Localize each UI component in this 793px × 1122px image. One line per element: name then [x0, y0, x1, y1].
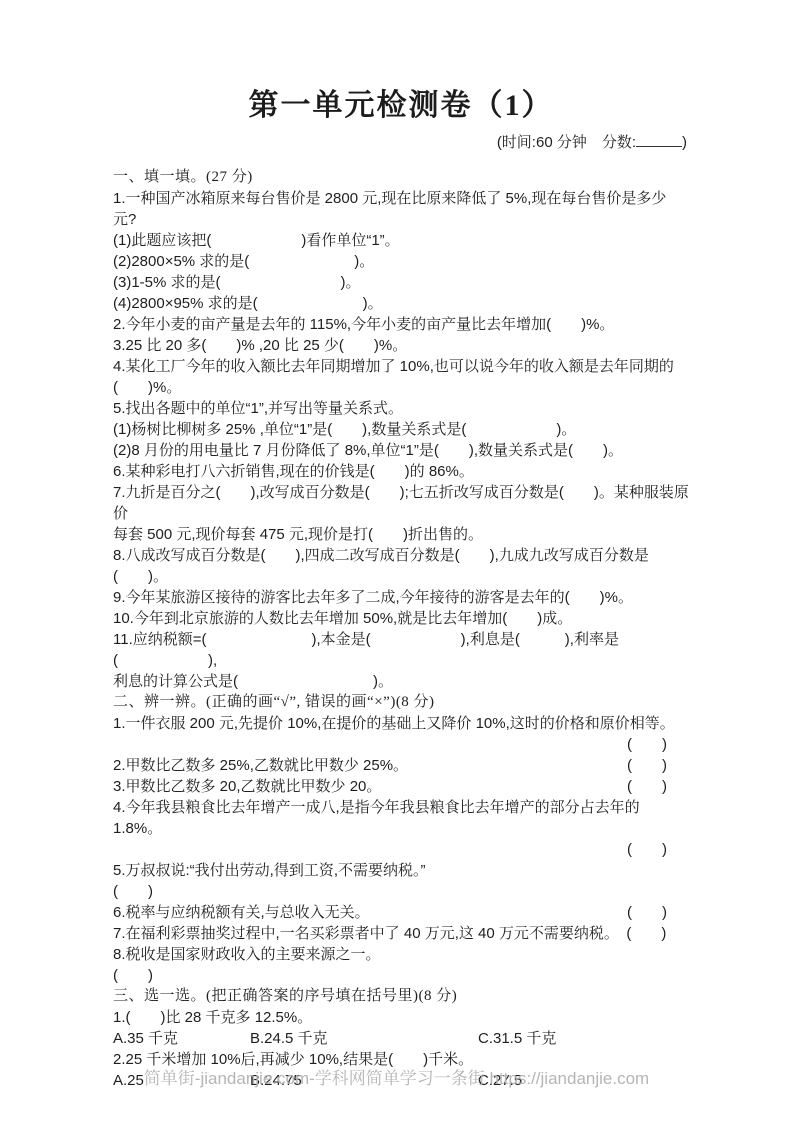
question-line: 8.八成改写成百分数是( ),四成二改写成百分数是( ),九成九改写成百分数是(… [113, 545, 689, 587]
section-heading: 三、选一选。(把正确答案的序号填在括号里)(8 分) [113, 986, 689, 1007]
exam-meta-prefix: (时间:60 分钟 分数: [497, 134, 636, 151]
question-text: 8.八成改写成百分数是( ),四成二改写成百分数是( ),九成九改写成百分数是(… [113, 545, 689, 587]
test-paper-page: 第一单元检测卷（1） (时间:60 分钟 分数:) 一、填一填。(27 分)1.… [0, 0, 793, 1122]
paper-content: 第一单元检测卷（1） (时间:60 分钟 分数:) 一、填一填。(27 分)1.… [113, 88, 689, 1091]
question-text: 9.今年某旅游区接待的游客比去年多了二成,今年接待的游客是去年的( )%。 [113, 587, 633, 608]
question-text: ( ) [113, 881, 153, 902]
question-text: 1.一件衣服 200 元,先提价 10%,在提价的基础上又降价 10%,这时的价… [113, 713, 675, 734]
question-line: (4)2800×95% 求的是( )。 [113, 293, 689, 314]
question-line: 7.九折是百分之( ),改写成百分数是( );七五折改写成百分数是( )。某种服… [113, 482, 689, 524]
question-line: (1)杨树比柳树多 25% ,单位“1”是( ),数量关系式是( )。 [113, 419, 689, 440]
page-title: 第一单元检测卷（1） [113, 88, 689, 124]
question-line: 7.在福利彩票抽奖过程中,一名买彩票者中了 40 万元,这 40 万元不需要纳税… [113, 923, 689, 944]
question-line: (2)2800×5% 求的是( )。 [113, 251, 689, 272]
answer-brackets: ( ) [627, 776, 689, 797]
question-line: 9.今年某旅游区接待的游客比去年多了二成,今年接待的游客是去年的( )%。 [113, 587, 689, 608]
question-text: 2.25 千米增加 10%后,再减少 10%,结果是( )千米。 [113, 1049, 473, 1070]
question-text: 4.某化工厂今年的收入额比去年同期增加了 10%,也可以说今年的收入额是去年同期… [113, 356, 674, 377]
choice-option: C.31.5 千克 [478, 1028, 556, 1049]
question-text: 6.税率与应纳税额有关,与总收入无关。 [113, 902, 370, 923]
question-text: 10.今年到北京旅游的人数比去年增加 50%,就是比去年增加( )成。 [113, 608, 572, 629]
section-heading: 二、辨一辨。(正确的画“√”, 错误的画“×”)(8 分) [113, 692, 689, 713]
question-line: 1.( )比 28 千克多 12.5%。 [113, 1007, 689, 1028]
question-line: 8.税收是国家财政收入的主要来源之一。 [113, 944, 689, 965]
question-line: 4.某化工厂今年的收入额比去年同期增加了 10%,也可以说今年的收入额是去年同期… [113, 356, 689, 377]
question-line: ( ) [113, 965, 689, 986]
question-text: 3.25 比 20 多( )% ,20 比 25 少( )%。 [113, 335, 407, 356]
question-line: 2.25 千米增加 10%后,再减少 10%,结果是( )千米。 [113, 1049, 689, 1070]
question-text: ( )%。 [113, 377, 181, 398]
question-line: 5.万叔叔说:“我付出劳动,得到工资,不需要纳税。” [113, 860, 689, 881]
question-line: 每套 500 元,现价每套 475 元,现价是打( )折出售的。 [113, 524, 689, 545]
question-text: 8.税收是国家财政收入的主要来源之一。 [113, 944, 381, 965]
question-text: 3.甲数比乙数多 20,乙数就比甲数少 20。 [113, 776, 381, 797]
question-line: 1.一件衣服 200 元,先提价 10%,在提价的基础上又降价 10%,这时的价… [113, 713, 689, 734]
question-line: 3.25 比 20 多( )% ,20 比 25 少( )%。 [113, 335, 689, 356]
question-text: (3)1-5% 求的是( )。 [113, 272, 361, 293]
question-text: 每套 500 元,现价每套 475 元,现价是打( )折出售的。 [113, 524, 483, 545]
question-line: 1.一种国产冰箱原来每台售价是 2800 元,现在比原来降低了 5%,现在每台售… [113, 188, 689, 230]
question-line: (3)1-5% 求的是( )。 [113, 272, 689, 293]
answer-brackets: ( ) [627, 902, 689, 923]
question-line: ( )%。 [113, 377, 689, 398]
answer-brackets: ( ) [627, 734, 689, 755]
options-row: A.35 千克B.24.5 千克C.31.5 千克 [113, 1028, 689, 1049]
question-text: (1)杨树比柳树多 25% ,单位“1”是( ),数量关系式是( )。 [113, 419, 576, 440]
question-text: 1.一种国产冰箱原来每台售价是 2800 元,现在比原来降低了 5%,现在每台售… [113, 188, 689, 230]
question-line: 10.今年到北京旅游的人数比去年增加 50%,就是比去年增加( )成。 [113, 608, 689, 629]
question-section: 二、辨一辨。(正确的画“√”, 错误的画“×”)(8 分)1.一件衣服 200 … [113, 692, 689, 986]
question-text: 7.在福利彩票抽奖过程中,一名买彩票者中了 40 万元,这 40 万元不需要纳税… [113, 923, 666, 944]
question-text: 2.今年小麦的亩产量是去年的 115%,今年小麦的亩产量比去年增加( )%。 [113, 314, 614, 335]
question-line: 6.某种彩电打八六折销售,现在的价钱是( )的 86%。 [113, 461, 689, 482]
question-text: 利息的计算公式是( )。 [113, 671, 393, 692]
question-text: 5.找出各题中的单位“1”,并写出等量关系式。 [113, 398, 403, 419]
answer-brackets: ( ) [627, 839, 689, 860]
score-blank [636, 133, 682, 147]
question-text: (2)2800×5% 求的是( )。 [113, 251, 374, 272]
question-text: (2)8 月份的用电量比 7 月份降低了 8%,单位“1”是( ),数量关系式是… [113, 440, 623, 461]
question-text: 1.( )比 28 千克多 12.5%。 [113, 1007, 312, 1028]
question-line: 利息的计算公式是( )。 [113, 671, 689, 692]
question-line: ( ) [113, 881, 689, 902]
question-line: 6.税率与应纳税额有关,与总收入无关。( ) [113, 902, 689, 923]
question-text: 6.某种彩电打八六折销售,现在的价钱是( )的 86%。 [113, 461, 474, 482]
question-text: ( ) [113, 965, 153, 986]
question-text: (4)2800×95% 求的是( )。 [113, 293, 383, 314]
question-text: 11.应纳税额=( ),本金是( ),利息是( ),利率是( ), [113, 629, 689, 671]
question-line: 11.应纳税额=( ),本金是( ),利息是( ),利率是( ), [113, 629, 689, 671]
question-line: 3.甲数比乙数多 20,乙数就比甲数少 20。( ) [113, 776, 689, 797]
question-text: 5.万叔叔说:“我付出劳动,得到工资,不需要纳税。” [113, 860, 426, 881]
question-line: 2.甲数比乙数多 25%,乙数就比甲数少 25%。( ) [113, 755, 689, 776]
question-text: 2.甲数比乙数多 25%,乙数就比甲数少 25%。 [113, 755, 408, 776]
question-line: ( ) [113, 839, 689, 860]
question-line: 2.今年小麦的亩产量是去年的 115%,今年小麦的亩产量比去年增加( )%。 [113, 314, 689, 335]
watermark-text: 简单街-jiandanjie.com-学科网简单学习一条街 https://ji… [0, 1068, 793, 1090]
question-line: ( ) [113, 734, 689, 755]
question-sections: 一、填一填。(27 分)1.一种国产冰箱原来每台售价是 2800 元,现在比原来… [113, 167, 689, 1091]
question-section: 一、填一填。(27 分)1.一种国产冰箱原来每台售价是 2800 元,现在比原来… [113, 167, 689, 692]
question-text: 7.九折是百分之( ),改写成百分数是( );七五折改写成百分数是( )。某种服… [113, 482, 689, 524]
question-text: 4.今年我县粮食比去年增产一成八,是指今年我县粮食比去年增产的部分占去年的 1.… [113, 797, 689, 839]
question-line: (1)此题应该把( )看作单位“1”。 [113, 230, 689, 251]
section-heading: 一、填一填。(27 分) [113, 167, 689, 188]
choice-option: B.24.5 千克 [250, 1028, 478, 1049]
exam-meta-suffix: ) [682, 134, 687, 151]
answer-brackets: ( ) [627, 755, 689, 776]
question-line: 4.今年我县粮食比去年增产一成八,是指今年我县粮食比去年增产的部分占去年的 1.… [113, 797, 689, 839]
question-line: (2)8 月份的用电量比 7 月份降低了 8%,单位“1”是( ),数量关系式是… [113, 440, 689, 461]
question-text: (1)此题应该把( )看作单位“1”。 [113, 230, 400, 251]
exam-meta: (时间:60 分钟 分数:) [113, 133, 689, 153]
choice-option: A.35 千克 [113, 1028, 250, 1049]
question-line: 5.找出各题中的单位“1”,并写出等量关系式。 [113, 398, 689, 419]
